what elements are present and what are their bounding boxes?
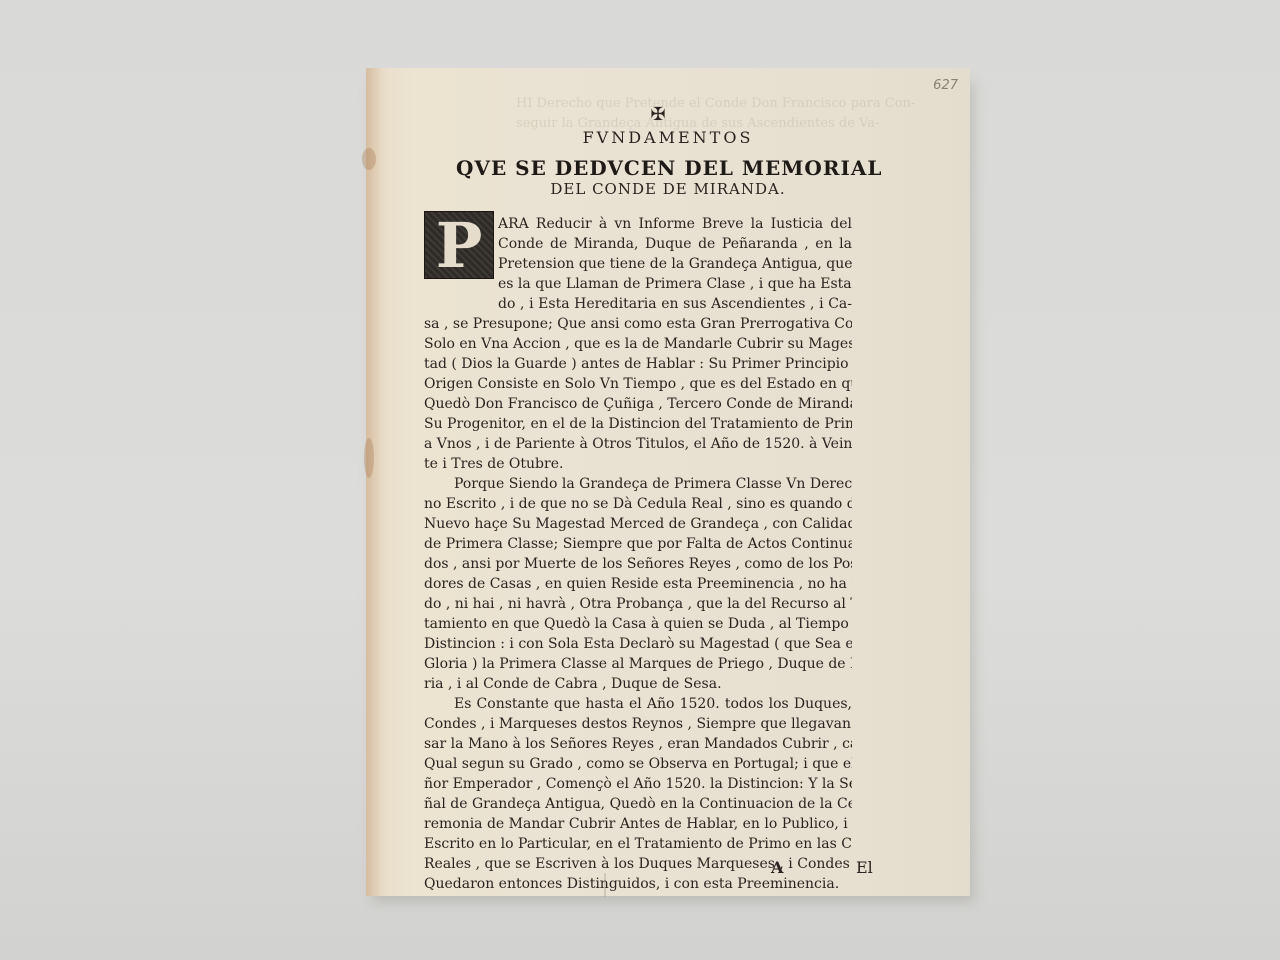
text-line: ñor Emperador , Començò el Año 1520. la … <box>424 774 852 794</box>
body-text: ARA Reducir à vn Informe Breve la Iustic… <box>424 214 852 894</box>
text-line: dos , ansi por Muerte de los Señores Rey… <box>424 554 852 574</box>
text-line: tad ( Dios la Guarde ) antes de Hablar :… <box>424 354 852 374</box>
text-line: te i Tres de Otubre. <box>424 454 852 474</box>
text-line: Escrito en lo Particular, en el Tratamie… <box>424 834 852 854</box>
text-line: Distincion : i con Sola Esta Declarò su … <box>424 634 852 654</box>
catchword: El <box>856 858 873 877</box>
text-line: do , i Esta Hereditaria en sus Ascendien… <box>498 294 852 314</box>
text-line: remonia de Mandar Cubrir Antes de Hablar… <box>424 814 852 834</box>
handwritten-page-number: 627 <box>933 78 958 93</box>
text-line: Origen Consiste en Solo Vn Tiempo , que … <box>424 374 852 394</box>
title-memorial: QVE SE DEDVCEN DEL MEMORIAL <box>456 156 856 180</box>
title-fundamentos: FVNDAMENTOS <box>366 128 970 147</box>
text-line: de Primera Classe; Siempre que por Falta… <box>424 534 852 554</box>
text-line: Nuevo haçe Su Magestad Merced de Grandeç… <box>424 514 852 534</box>
text-line: Es Constante que hasta el Año 1520. todo… <box>424 694 852 714</box>
stain <box>362 148 376 170</box>
text-line: Reales , que se Escriven à los Duques Ma… <box>424 854 852 874</box>
text-line: no Escrito , i de que no se Dà Cedula Re… <box>424 494 852 514</box>
text-line: Su Progenitor, en el de la Distincion de… <box>424 414 852 434</box>
signature-mark: A <box>771 858 783 877</box>
text-line: ñal de Grandeça Antigua, Quedò en la Con… <box>424 794 852 814</box>
text-line: Solo en Vna Accion , que es la de Mandar… <box>424 334 852 354</box>
text-line: sa , se Presupone; Que ansi como esta Gr… <box>424 314 852 334</box>
stain <box>364 438 374 478</box>
text-line: es la que Llaman de Primera Clase , i qu… <box>498 274 852 294</box>
text-line: dores de Casas , en quien Reside esta Pr… <box>424 574 852 594</box>
text-line: do , ni hai , ni havrà , Otra Probança ,… <box>424 594 852 614</box>
maltese-cross-icon: ✠ <box>646 104 670 125</box>
text-line: Pretension que tiene de la Grandeça Anti… <box>498 254 852 274</box>
text-line: Qual segun su Grado , como se Observa en… <box>424 754 852 774</box>
text-line: Porque Siendo la Grandeça de Primera Cla… <box>424 474 852 494</box>
text-line: Conde de Miranda, Duque de Peñaranda , e… <box>498 234 852 254</box>
text-line: sar la Mano à los Señores Reyes , eran M… <box>424 734 852 754</box>
paper-fold <box>604 873 606 897</box>
text-line: tamiento en que Quedò la Casa à quien se… <box>424 614 852 634</box>
text-line: Quedò Don Francisco de Çuñiga , Tercero … <box>424 394 852 414</box>
document-page: HI Derecho que Pretende el Conde Don Fra… <box>366 68 970 896</box>
title-conde-miranda: DEL CONDE DE MIRANDA. <box>366 180 970 198</box>
text-line: ARA Reducir à vn Informe Breve la Iustic… <box>498 214 852 234</box>
text-line: ria , i al Conde de Cabra , Duque de Ses… <box>424 674 852 694</box>
text-line: a Vnos , i de Pariente à Otros Titulos, … <box>424 434 852 454</box>
bleed-through-text: HI Derecho que Pretende el Conde Don Fra… <box>516 96 915 111</box>
text-line: Quedaron entonces Distinguidos, i con es… <box>424 874 852 894</box>
text-line: Gloria ) la Primera Classe al Marques de… <box>424 654 852 674</box>
text-line: Condes , i Marqueses destos Reynos , Sie… <box>424 714 852 734</box>
